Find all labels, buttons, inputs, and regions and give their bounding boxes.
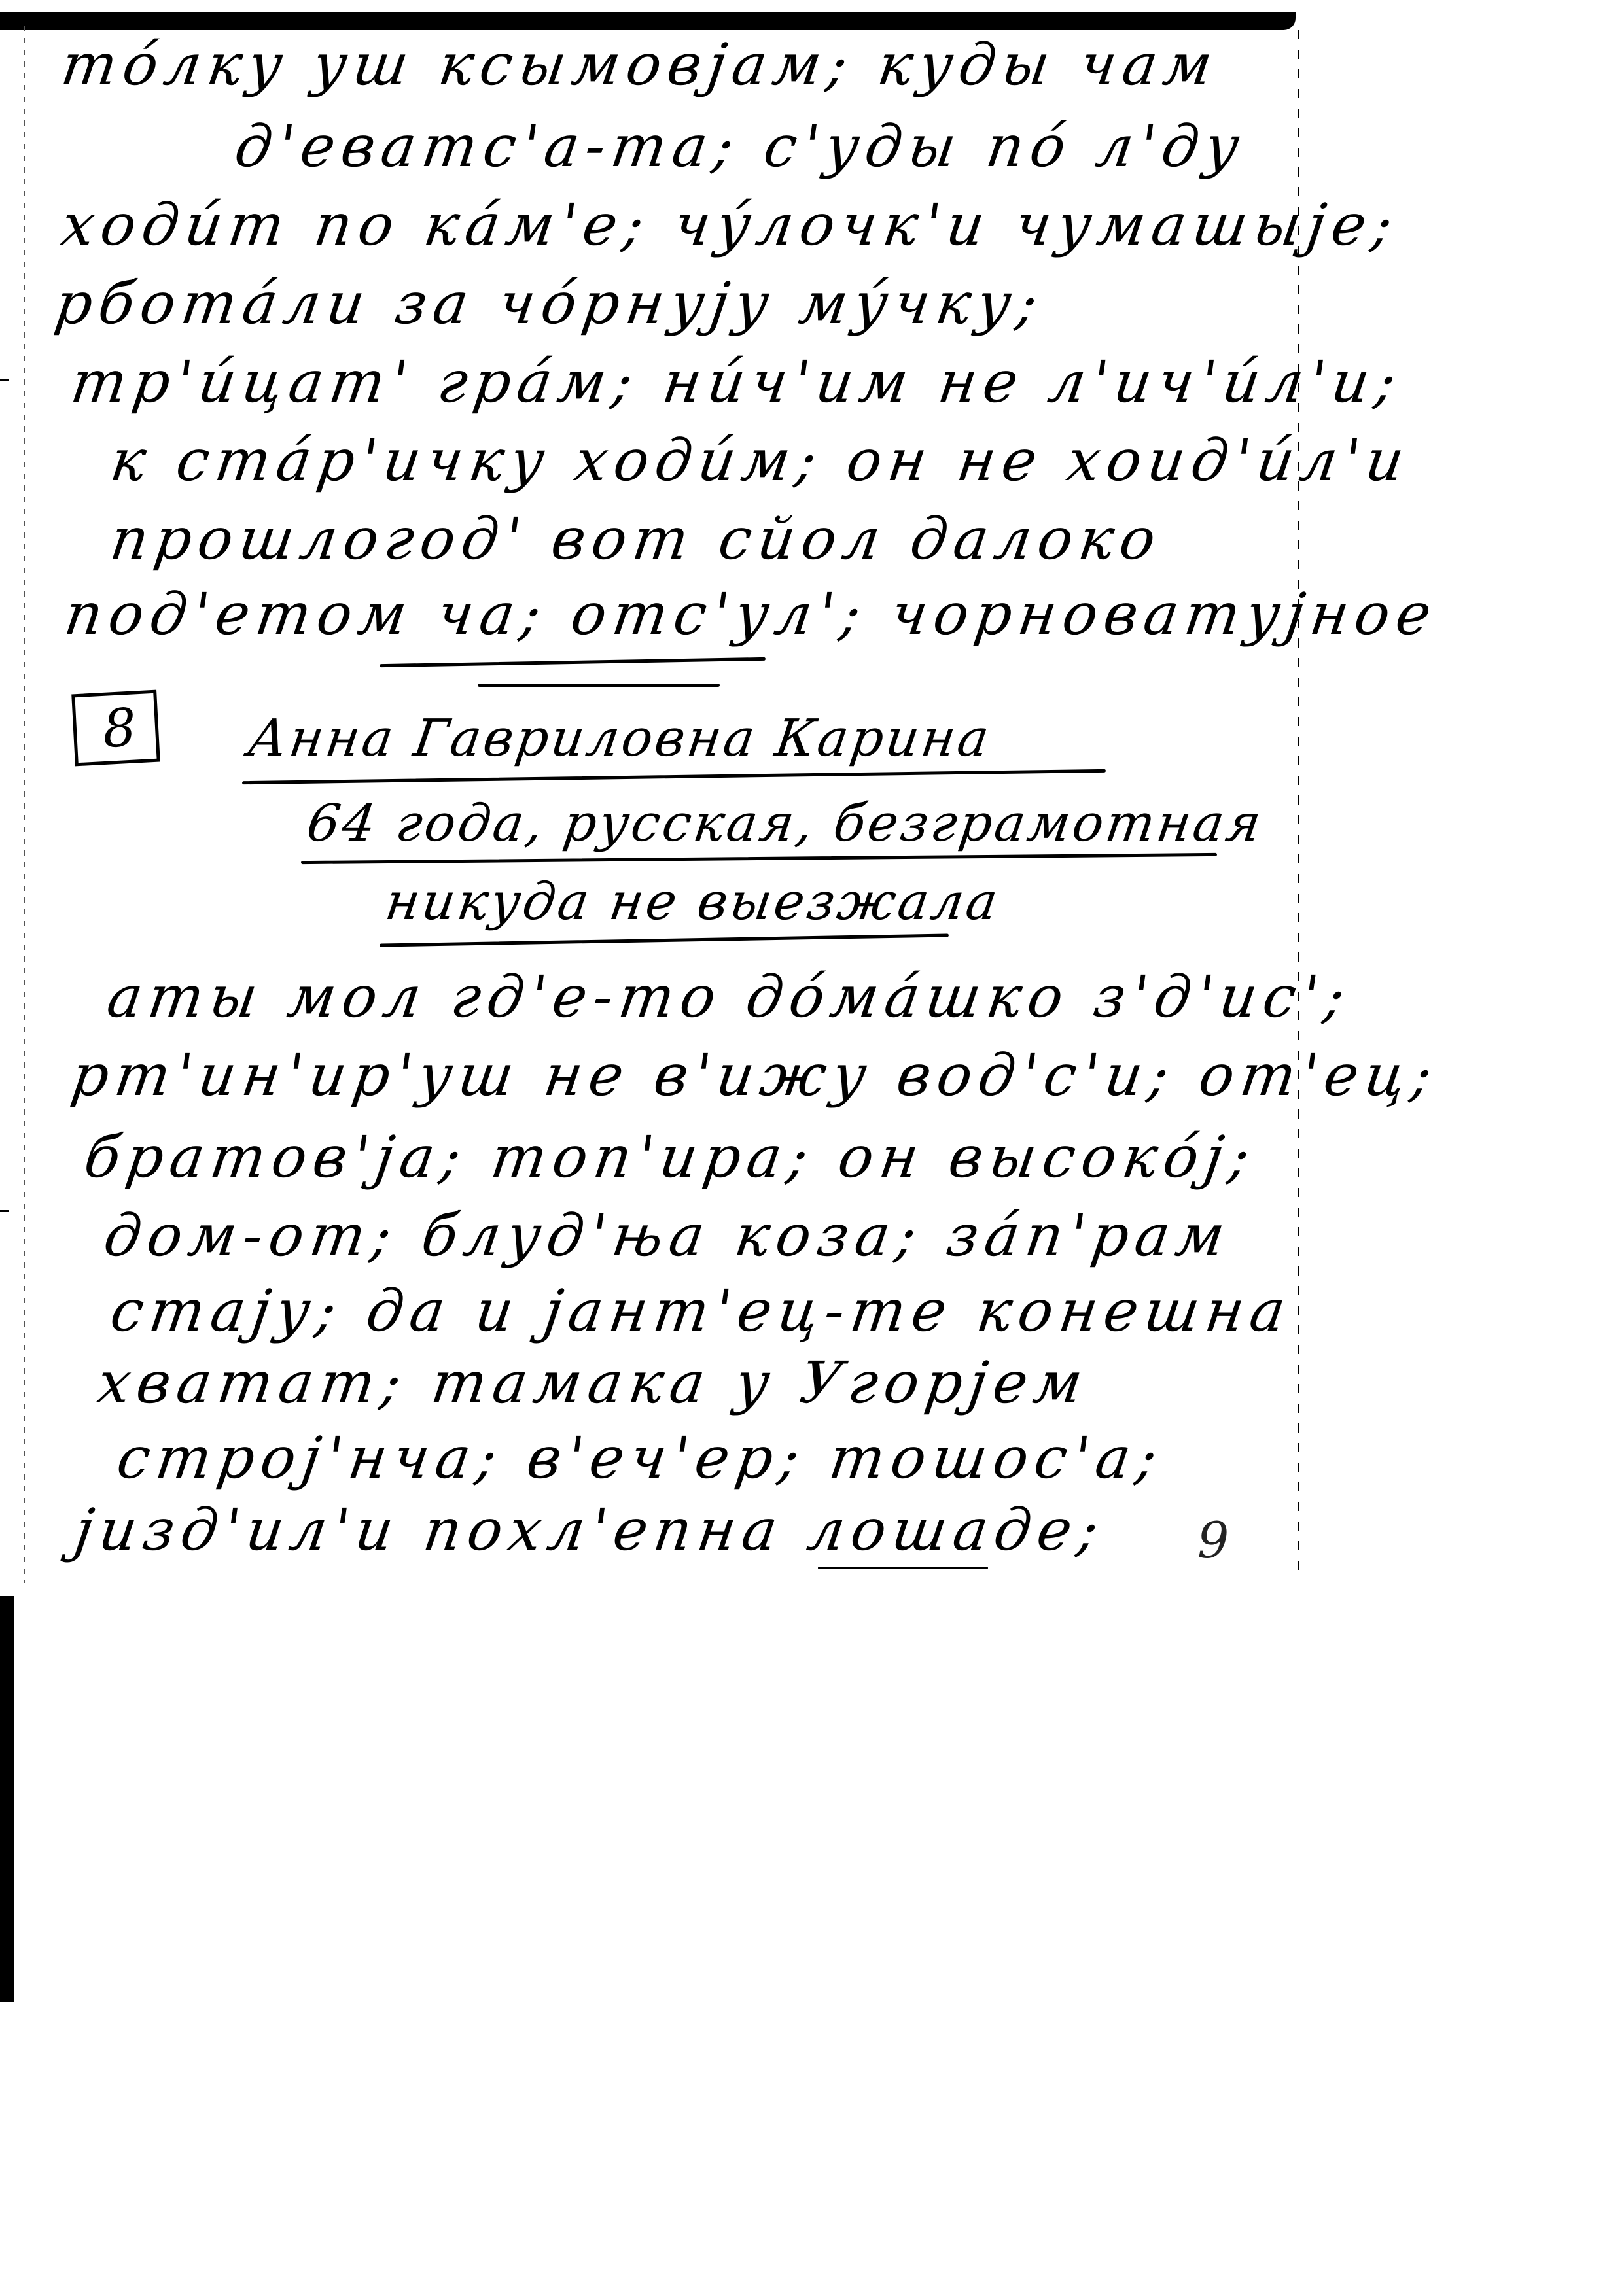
text-line-6: к ста́р'ичку ходи́м; он не хоид'и́л'и xyxy=(107,432,1414,489)
informant-name: Анна Гавриловна Карина xyxy=(245,713,995,764)
section-number: 8 xyxy=(101,697,138,759)
text-line-3: ходи́т по ка́м'е; чу́лочк'и чумашыје; xyxy=(58,196,1403,254)
underline xyxy=(242,769,1106,784)
underline xyxy=(380,657,766,667)
text-line-8: под'етом ча; отс'ул'; чорноватујное xyxy=(62,585,1441,643)
underline xyxy=(301,853,1217,864)
underline xyxy=(478,684,720,687)
margin-mark xyxy=(0,1210,9,1212)
text-line-5: тр'и́цат' гра́м; ни́ч'им не л'ич'и́л'и; xyxy=(68,353,1406,411)
speech-line-8: јизд'ил'и похл'епна лошаде; xyxy=(71,1501,1108,1559)
speech-line-5: стају; да и јант'ец-те конешна xyxy=(107,1282,1296,1340)
informant-note: никуда не выезжала xyxy=(383,877,1003,928)
underline xyxy=(380,933,949,947)
text-line-1: то́лку уш ксымовјам; куды чам xyxy=(58,36,1222,94)
informant-info: 64 года, русская, безграмотная xyxy=(304,798,1267,849)
speech-line-1: аты мол гд'е-то до́ма́шко з'д'ис'; xyxy=(104,968,1355,1026)
underline xyxy=(818,1567,988,1569)
page-number: 9 xyxy=(1197,1511,1229,1569)
speech-line-4: дом-от; блуд'ња коза; за́п'рам xyxy=(101,1207,1235,1264)
section-number-box: 8 xyxy=(71,690,160,767)
text-line-4: рбота́ли за чо́рнују му́чку; xyxy=(52,275,1048,332)
speech-line-6: хватат; тамака у Угорјем xyxy=(94,1354,1093,1412)
page-right-edge xyxy=(1298,30,1299,1574)
text-line-7: прошлогод' вот сйол далоко xyxy=(107,510,1165,568)
page-top-edge xyxy=(0,12,1296,30)
margin-mark xyxy=(0,379,9,381)
page-left-edge xyxy=(24,26,25,1583)
speech-line-2: рт'ин'ир'уш не в'ижу вод'с'и; от'ец; xyxy=(68,1047,1442,1104)
speech-line-7: строј'нча; в'еч'ер; тошос'а; xyxy=(114,1429,1167,1487)
speech-line-3: братов'ја; топ'ира; он высоко́ј; xyxy=(81,1128,1260,1186)
scan-shadow-bar xyxy=(0,1596,14,2002)
text-line-2: д'еватс'а-та; с'уды по́ л'ду xyxy=(232,118,1249,175)
